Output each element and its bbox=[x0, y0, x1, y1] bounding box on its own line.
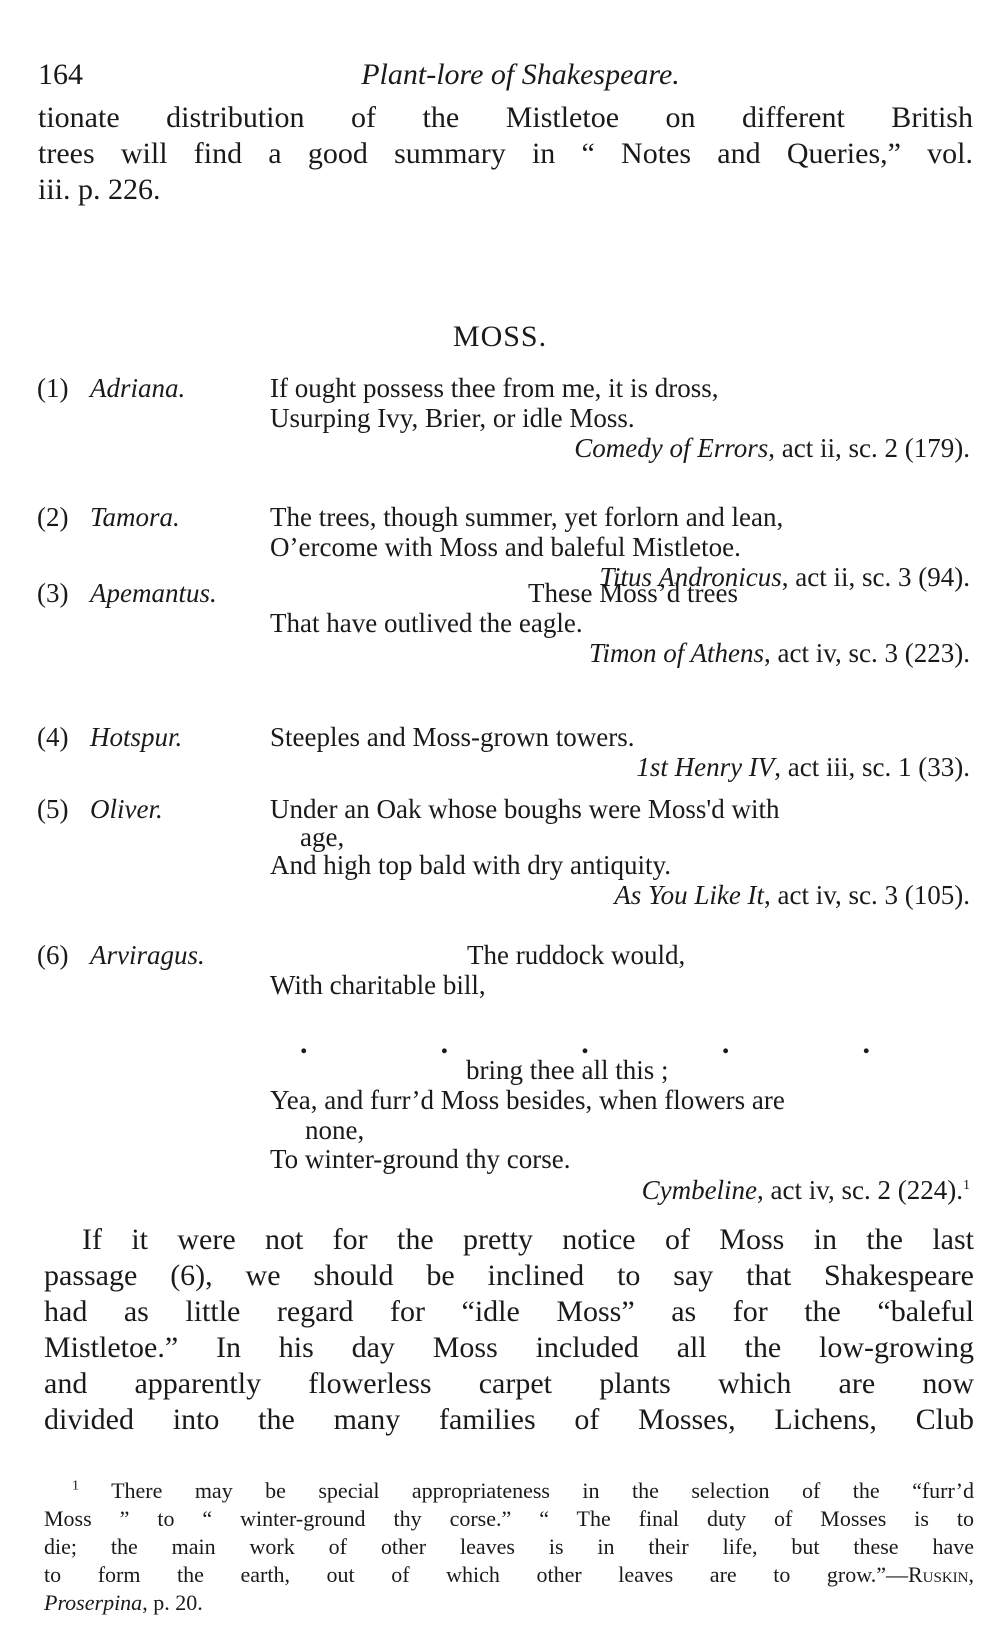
verse-line: If ought possess thee from me, it is dro… bbox=[270, 373, 718, 404]
citation: As You Like It, act iv, sc. 3 (105). bbox=[614, 880, 970, 911]
verse-line: Steeples and Moss-grown towers. bbox=[270, 722, 634, 753]
ellipsis-dot: . bbox=[441, 1027, 449, 1061]
verse-line: To winter-ground thy corse. bbox=[270, 1144, 571, 1175]
play-title: Timon of Athens bbox=[589, 638, 764, 668]
body-line: Mistletoe.” In his day Moss included all… bbox=[44, 1330, 974, 1366]
intro-line: iii. p. 226. bbox=[38, 172, 973, 208]
body-line: and apparently flowerless carpet plants … bbox=[44, 1366, 974, 1402]
verse-line: These Moss’d trees bbox=[528, 578, 738, 609]
body-paragraph: If it were not for the pretty notice of … bbox=[44, 1222, 974, 1438]
page-header: 164 Plant-lore of Shakespeare. bbox=[38, 58, 973, 98]
footnote-number: 1 bbox=[72, 1479, 79, 1494]
quote-number: (1) bbox=[37, 373, 68, 404]
citation-location: , act iv, sc. 3 (105). bbox=[764, 880, 970, 910]
quote-speaker: Adriana. bbox=[90, 373, 185, 404]
quote-speaker: Apemantus. bbox=[90, 578, 217, 609]
book-page: 164 Plant-lore of Shakespeare. tionate d… bbox=[0, 0, 1000, 1650]
quote-speaker: Arviragus. bbox=[90, 940, 205, 971]
quote-speaker: Hotspur. bbox=[90, 722, 182, 753]
footnote: 1 There may be special appropriateness i… bbox=[44, 1477, 974, 1617]
ellipsis-dot: . bbox=[581, 1027, 589, 1061]
citation-location: , act ii, sc. 2 (179). bbox=[768, 433, 970, 463]
footnote-author: Ruskin bbox=[908, 1562, 969, 1587]
verse-line: The ruddock would, bbox=[467, 940, 685, 971]
verse-line: Under an Oak whose boughs were Moss'd wi… bbox=[270, 794, 780, 825]
body-line: If it were not for the pretty notice of … bbox=[44, 1222, 974, 1258]
play-title: As You Like It bbox=[614, 880, 764, 910]
citation: 1st Henry IV, act iii, sc. 1 (33). bbox=[636, 752, 970, 783]
footnote-line: 1 There may be special appropriateness i… bbox=[44, 1477, 974, 1505]
play-title: 1st Henry IV bbox=[636, 752, 774, 782]
ellipsis-dot: . bbox=[300, 1027, 308, 1061]
footnote-text: to form the earth, out of which other le… bbox=[44, 1562, 908, 1587]
source-title: Proserpina bbox=[44, 1590, 142, 1615]
citation-location: , act iv, sc. 2 (224). bbox=[757, 1175, 963, 1205]
quote-speaker: Tamora. bbox=[90, 502, 180, 533]
play-title: Comedy of Errors bbox=[574, 433, 768, 463]
intro-line: trees will find a good summary in “ Note… bbox=[38, 136, 973, 172]
source-page: , p. 20. bbox=[142, 1590, 203, 1615]
footnote-line: Moss ” to “ winter-ground thy corse.” “ … bbox=[44, 1505, 974, 1533]
footnote-line: to form the earth, out of which other le… bbox=[44, 1561, 974, 1589]
verse-line: O’ercome with Moss and baleful Mistletoe… bbox=[270, 532, 741, 563]
quote-number: (2) bbox=[37, 502, 68, 533]
body-line: had as little regard for “idle Moss” as … bbox=[44, 1294, 974, 1330]
verse-line: The trees, though summer, yet forlorn an… bbox=[270, 502, 783, 533]
quote-number: (4) bbox=[37, 722, 68, 753]
verse-line: Yea, and furr’d Moss besides, when flowe… bbox=[270, 1085, 785, 1116]
ellipsis-dots: . . . . . bbox=[300, 1027, 870, 1061]
quote-speaker: Oliver. bbox=[90, 794, 163, 825]
intro-paragraph: tionate distribution of the Mistletoe on… bbox=[38, 100, 973, 208]
play-title: Cymbeline bbox=[642, 1175, 757, 1205]
citation: Timon of Athens, act iv, sc. 3 (223). bbox=[589, 638, 970, 669]
citation-location: , act iii, sc. 1 (33). bbox=[774, 752, 970, 782]
verse-line: none, bbox=[305, 1115, 364, 1146]
body-line: passage (6), we should be inclined to sa… bbox=[44, 1258, 974, 1294]
citation: Cymbeline, act iv, sc. 2 (224).1 bbox=[642, 1175, 970, 1206]
quote-number: (3) bbox=[37, 578, 68, 609]
ellipsis-dot: . bbox=[722, 1027, 730, 1061]
verse-line: That have outlived the eagle. bbox=[270, 608, 583, 639]
section-heading: MOSS. bbox=[0, 320, 1000, 354]
verse-line: And high top bald with dry antiquity. bbox=[270, 850, 671, 881]
citation-location: , act ii, sc. 3 (94). bbox=[782, 562, 970, 592]
citation-location: , act iv, sc. 3 (223). bbox=[764, 638, 970, 668]
footnote-line: Proserpina, p. 20. bbox=[44, 1589, 974, 1617]
verse-line: age, bbox=[300, 822, 344, 853]
citation: Comedy of Errors, act ii, sc. 2 (179). bbox=[574, 433, 970, 464]
footnote-text: There may be special appropriateness in … bbox=[111, 1478, 974, 1503]
intro-line: tionate distribution of the Mistletoe on… bbox=[38, 100, 973, 136]
quote-number: (5) bbox=[37, 794, 68, 825]
body-line: divided into the many families of Mosses… bbox=[44, 1402, 974, 1438]
footnote-line: die; the main work of other leaves is in… bbox=[44, 1533, 974, 1561]
running-title: Plant-lore of Shakespeare. bbox=[38, 58, 973, 92]
verse-line: Usurping Ivy, Brier, or idle Moss. bbox=[270, 403, 635, 434]
quote-number: (6) bbox=[37, 940, 68, 971]
ellipsis-dot: . bbox=[863, 1027, 871, 1061]
verse-line: With charitable bill, bbox=[270, 970, 486, 1001]
footnote-punct: , bbox=[969, 1562, 975, 1587]
footnote-marker: 1 bbox=[963, 1178, 970, 1193]
